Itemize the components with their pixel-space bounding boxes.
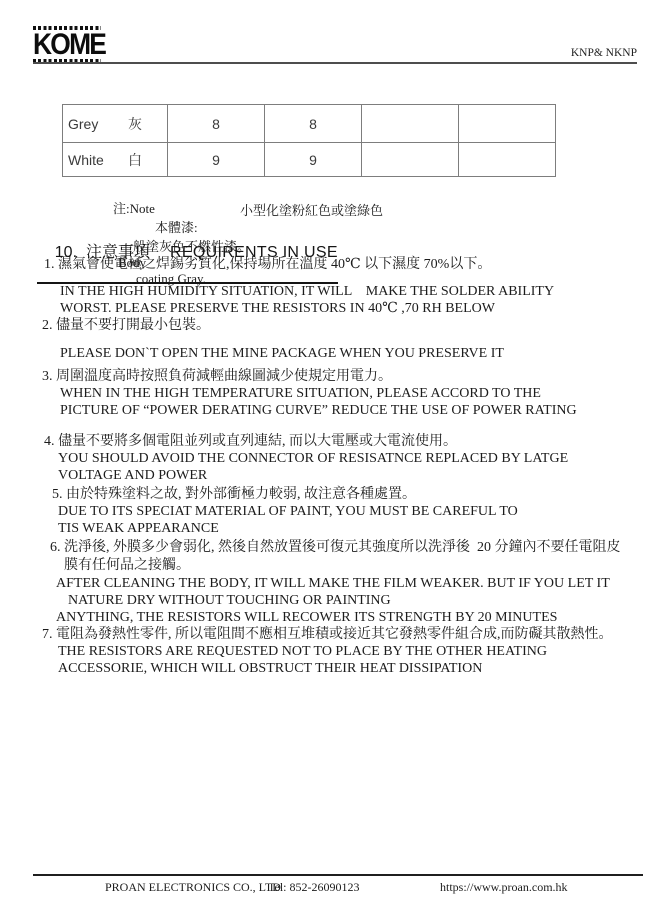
color-name-en: Grey bbox=[68, 116, 128, 132]
item-5-en-line1: DUE TO ITS SPECIAT MATERIAL OF PAINT, YO… bbox=[58, 504, 518, 520]
note-label: 注:Note bbox=[113, 198, 155, 217]
item-1-en-line2: WORST. PLEASE PRESERVE THE RESISTORS IN … bbox=[60, 301, 495, 317]
item-5-zh: 5. 由於特殊塗料之故, 對外部衝極力較弱, 故注意各種處置。 bbox=[52, 487, 416, 503]
product-code: KNP& NKNP bbox=[571, 47, 637, 59]
item-7-en-line2: ACCESSORIE, WHICH WILL OBSTRUCT THEIR HE… bbox=[58, 661, 482, 677]
item-2-en-line1: PLEASE DON`T OPEN THE MINE PACKAGE WHEN … bbox=[60, 346, 504, 362]
logo-text: KOME bbox=[33, 31, 105, 58]
item-3-en-line2: PICTURE OF “POWER DERATING CURVE” REDUCE… bbox=[60, 403, 577, 419]
section-heading: 10.注意事項REQUIRENTS IN USE bbox=[37, 221, 338, 284]
item-6-en-line3: ANYTHING, THE RESISTORS WILL RECOWER ITS… bbox=[56, 610, 557, 626]
item-1-zh: 1. 濕氣會使電極之焊錫劣質化,保持場所在溫度 40℃ 以下濕度 70%以下。 bbox=[44, 257, 491, 273]
table-cell bbox=[459, 105, 556, 143]
color-name-zh: 白 bbox=[128, 150, 142, 170]
kome-logo: KOME bbox=[33, 26, 103, 63]
item-6-zh-line2: 膜有任何品之接觸。 bbox=[64, 558, 190, 574]
item-3-en-line1: WHEN IN THE HIGH TEMPERATURE SITUATION, … bbox=[60, 386, 541, 402]
telephone: Tel: 852-26090123 bbox=[268, 880, 359, 895]
table-cell: 9 bbox=[168, 143, 265, 177]
item-6-en-line1: AFTER CLEANING THE BODY, IT WILL MAKE TH… bbox=[56, 576, 610, 592]
item-2-zh: 2. 儘量不要打開最小包裝。 bbox=[42, 318, 210, 334]
item-6-en-line2: NATURE DRY WITHOUT TOUCHING OR PAINTING bbox=[68, 593, 391, 609]
footer-rule bbox=[33, 874, 643, 876]
table-cell bbox=[362, 143, 459, 177]
table-row: Grey 灰 8 8 bbox=[63, 105, 556, 143]
color-name-zh: 灰 bbox=[128, 114, 142, 134]
item-3-zh: 3. 周圍溫度高時按照負荷減輕曲線圖減少使規定用電力。 bbox=[42, 369, 392, 385]
table-row: White 白 9 9 bbox=[63, 143, 556, 177]
table-cell: 8 bbox=[168, 105, 265, 143]
item-4-zh: 4. 儘量不要將多個電阻並列或直列連結, 而以大電壓或大電流使用。 bbox=[44, 434, 457, 450]
item-4-en-line2: VOLTAGE AND POWER bbox=[58, 468, 207, 484]
table-cell: 9 bbox=[265, 143, 362, 177]
item-7-zh: 7. 電阻為發熱性零件, 所以電阻間不應相互堆積或接近其它發熱零件組合成,而防礙… bbox=[42, 627, 613, 643]
item-4-en-line1: YOU SHOULD AVOID THE CONNECTOR OF RESISA… bbox=[58, 451, 568, 467]
header-rule bbox=[33, 62, 637, 64]
item-6-zh-line1: 6. 洗淨後, 外膜多少會弱化, 然後自然放置後可復元其強度所以洗淨後 20 分… bbox=[50, 540, 621, 556]
table-cell bbox=[362, 105, 459, 143]
table-cell: 8 bbox=[265, 105, 362, 143]
table-cell bbox=[459, 143, 556, 177]
table-note-line-2: 小型化塗粉紅色或塗綠色 bbox=[240, 200, 383, 219]
document-page: KOME KNP& NKNP Grey 灰 8 8 White 白 bbox=[0, 0, 650, 919]
color-code-table: Grey 灰 8 8 White 白 9 9 bbox=[62, 104, 556, 177]
item-7-en-line1: THE RESISTORS ARE REQUESTED NOT TO PLACE… bbox=[58, 644, 547, 660]
color-name-en: White bbox=[68, 152, 128, 168]
company-name: PROAN ELECTRONICS CO., LTD bbox=[105, 880, 281, 895]
item-5-en-line2: TIS WEAK APPEARANCE bbox=[58, 521, 219, 537]
website-url: https://www.proan.com.hk bbox=[440, 880, 568, 895]
item-1-en-line1: IN THE HIGH HUMIDITY SITUATION, IT WILL … bbox=[60, 284, 554, 300]
